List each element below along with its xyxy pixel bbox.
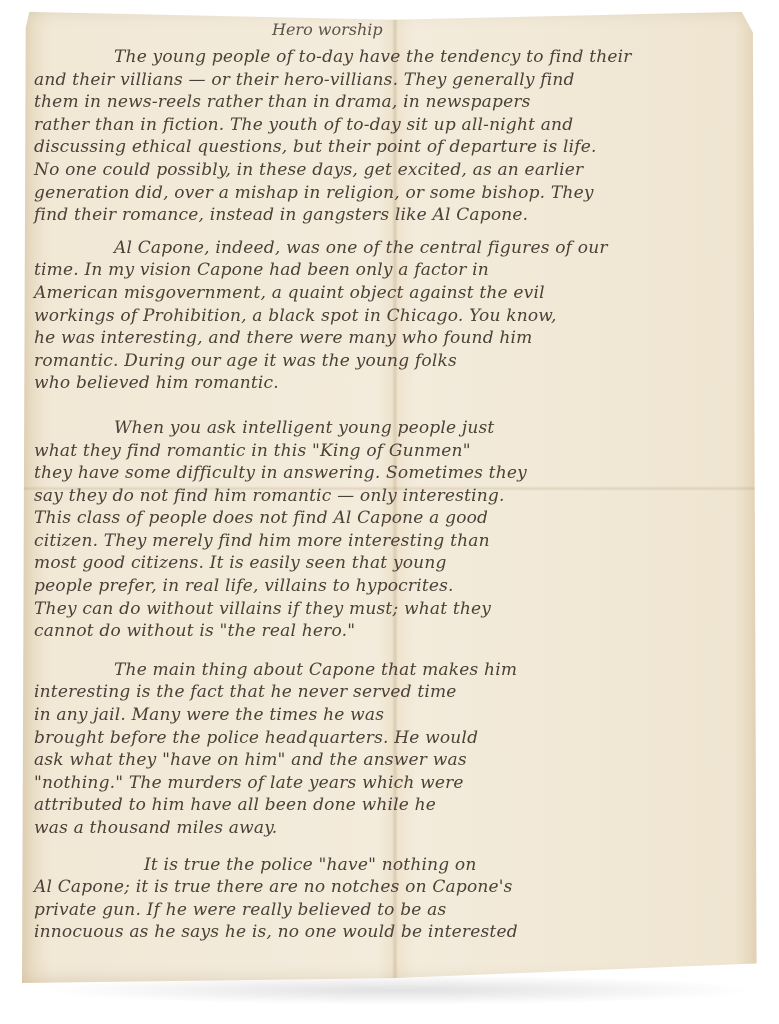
- text-line: people prefer, in real life, villains to…: [34, 575, 756, 598]
- text-line: generation did, over a mishap in religio…: [34, 182, 756, 205]
- text-line: "nothing." The murders of late years whi…: [34, 772, 756, 795]
- text-line: American misgovernment, a quaint object …: [34, 282, 756, 305]
- text-line: discussing ethical questions, but their …: [34, 136, 756, 159]
- text-line: citizen. They merely find him more inter…: [34, 530, 756, 553]
- handwritten-letter-page: Hero worship The young people of to-day …: [22, 8, 764, 983]
- text-line: he was interesting, and there were many …: [34, 327, 756, 350]
- text-line: When you ask intelligent young people ju…: [34, 417, 756, 440]
- text-line: was a thousand miles away.: [34, 817, 756, 840]
- text-line: private gun. If he were really believed …: [34, 899, 756, 922]
- text-line: Al Capone; it is true there are no notch…: [34, 876, 756, 899]
- text-line: them in news-reels rather than in drama,…: [34, 91, 756, 114]
- text-line: time. In my vision Capone had been only …: [34, 259, 756, 282]
- text-line: say they do not find him romantic — only…: [34, 485, 756, 508]
- text-line: Al Capone, indeed, was one of the centra…: [34, 237, 756, 260]
- text-line: This class of people does not find Al Ca…: [34, 507, 756, 530]
- text-line: The main thing about Capone that makes h…: [34, 659, 756, 682]
- text-line: most good citizens. It is easily seen th…: [34, 552, 756, 575]
- text-line: cannot do without is "the real hero.": [34, 620, 756, 643]
- text-line: attributed to him have all been done whi…: [34, 794, 756, 817]
- paragraph-2: Al Capone, indeed, was one of the centra…: [34, 237, 756, 395]
- text-line: romantic. During our age it was the youn…: [34, 350, 756, 373]
- paragraph-4: The main thing about Capone that makes h…: [34, 659, 756, 840]
- text-line: innocuous as he says he is, no one would…: [34, 921, 756, 944]
- text-line: They can do without villains if they mus…: [34, 598, 756, 621]
- text-line: No one could possibly, in these days, ge…: [34, 159, 756, 182]
- text-line: rather than in fiction. The youth of to-…: [34, 114, 756, 137]
- text-line: workings of Prohibition, a black spot in…: [34, 305, 756, 328]
- text-line: The young people of to-day have the tend…: [34, 46, 756, 69]
- text-line: ask what they "have on him" and the answ…: [34, 749, 756, 772]
- text-line: and their villians — or their hero-villi…: [34, 69, 756, 92]
- text-line: in any jail. Many were the times he was: [34, 704, 756, 727]
- paragraph-3: When you ask intelligent young people ju…: [34, 417, 756, 643]
- paragraph-5: It is true the police "have" nothing on …: [34, 854, 756, 944]
- text-line: find their romance, instead in gangsters…: [34, 204, 756, 227]
- text-line: what they find romantic in this "King of…: [34, 440, 756, 463]
- text-line: they have some difficulty in answering. …: [34, 462, 756, 485]
- text-line: It is true the police "have" nothing on: [34, 854, 756, 877]
- text-line: interesting is the fact that he never se…: [34, 681, 756, 704]
- paragraph-1: The young people of to-day have the tend…: [34, 46, 756, 227]
- text-line: who believed him romantic.: [34, 372, 756, 395]
- text-line: brought before the police headquarters. …: [34, 727, 756, 750]
- document-body: The young people of to-day have the tend…: [34, 46, 756, 944]
- document-title: Hero worship: [272, 20, 383, 39]
